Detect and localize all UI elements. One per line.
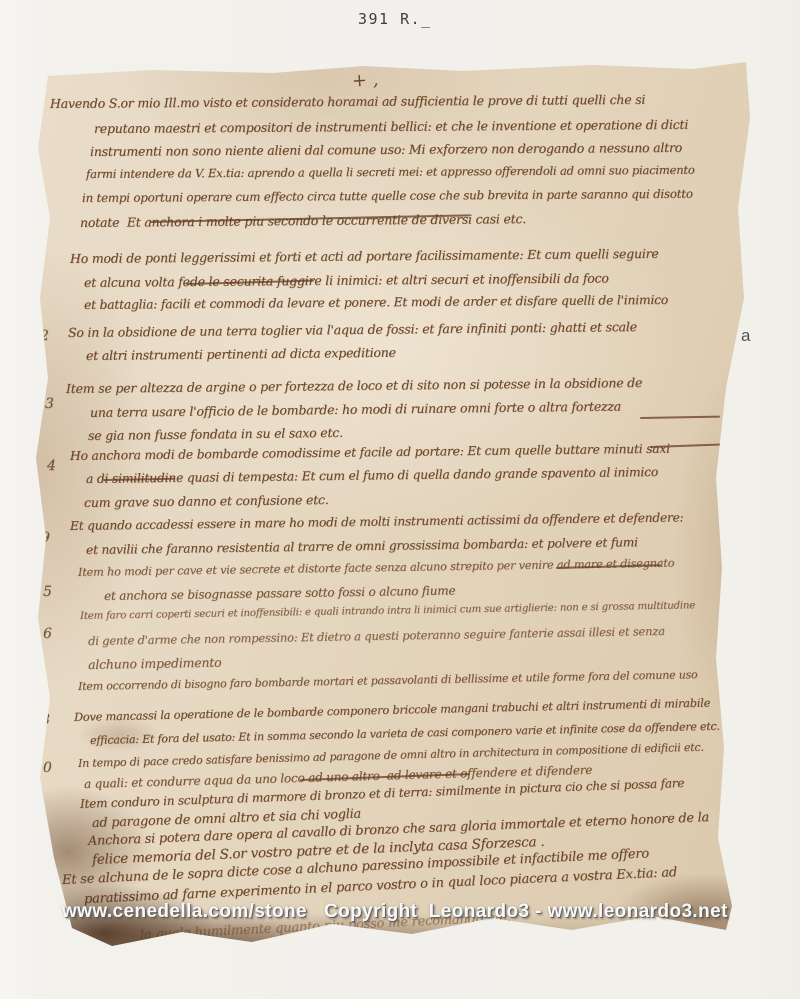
manuscript-line: et battaglia: facili et commodi da levar… xyxy=(84,293,668,312)
manuscript-paper: + , Havendo S.or mio Ill.mo visto et con… xyxy=(32,58,756,960)
manuscript-line: So in la obsidione de una terra toglier … xyxy=(68,319,637,340)
manuscript-line: et altri instrumenti pertinenti ad dicta… xyxy=(86,345,396,363)
manuscript-line: a di similitudine quasi di tempesta: Et … xyxy=(86,465,658,486)
manuscript-line: Ho anchora modi de bombarde comodissime … xyxy=(70,442,670,463)
margin-paragraph-number: 10 xyxy=(34,760,52,776)
manuscript-line: instrumenti non sono niente alieni dal c… xyxy=(90,140,682,159)
manuscript-line: Ho modi de ponti leggerissimi et forti e… xyxy=(70,246,659,266)
manuscript-line: Et quando accadessi essere in mare ho mo… xyxy=(70,510,684,533)
manuscript-line: Dove mancassi la operatione de le bombar… xyxy=(74,697,710,724)
manuscript-line: di gente d'arme che non rompessino: Et d… xyxy=(88,624,665,648)
manuscript-line: et anchora se bisognasse passare sotto f… xyxy=(104,583,456,603)
side-letter-label: a xyxy=(741,326,750,346)
manuscript-line: in tempi oportuni operare cum effecto ci… xyxy=(82,187,693,205)
margin-paragraph-number: 3 xyxy=(45,396,54,412)
manuscript-line: se gia non fusse fondata in su el saxo e… xyxy=(88,425,343,443)
manuscript-line: Item faro carri coperti securi et inoffe… xyxy=(80,600,695,622)
ink-strikethrough xyxy=(640,416,720,419)
manuscript-line: farmi intendere da V. Ex.tia: aprendo a … xyxy=(86,163,695,181)
margin-paragraph-number: 6 xyxy=(43,626,52,642)
cross-mark: + , xyxy=(351,69,379,92)
manuscript-line: Havendo S.or mio Ill.mo visto et conside… xyxy=(50,92,645,111)
manuscript-line: alchuno impedimento xyxy=(88,655,222,672)
margin-paragraph-number: 4 xyxy=(47,458,56,474)
manuscript-line: Item se per altezza de argine o per fort… xyxy=(66,375,642,396)
manuscript-line: una terra usare l'officio de le bombarde… xyxy=(90,399,621,420)
watermark-text: www.cenedella.com/stone Copyright Leonar… xyxy=(62,901,728,923)
margin-paragraph-number: 8 xyxy=(41,712,50,728)
margin-paragraph-number: 5 xyxy=(43,584,52,600)
manuscript-line: et navilii che faranno resistentia al tr… xyxy=(86,535,638,557)
margin-paragraph-number: 2 xyxy=(40,328,49,344)
manuscript-line: cum grave suo danno et confusione etc. xyxy=(84,492,329,510)
manuscript-line: et alcuna volta fede le securita fuggire… xyxy=(84,270,609,290)
margin-paragraph-number: 9 xyxy=(41,530,50,546)
manuscript-line: Item occorrendo di bisogno faro bombarde… xyxy=(78,668,698,693)
folio-number-label: 391 R._ xyxy=(358,10,432,28)
margin-paragraph-number: 7 xyxy=(38,684,47,700)
manuscript-line: reputano maestri et compositori de instr… xyxy=(94,117,688,136)
